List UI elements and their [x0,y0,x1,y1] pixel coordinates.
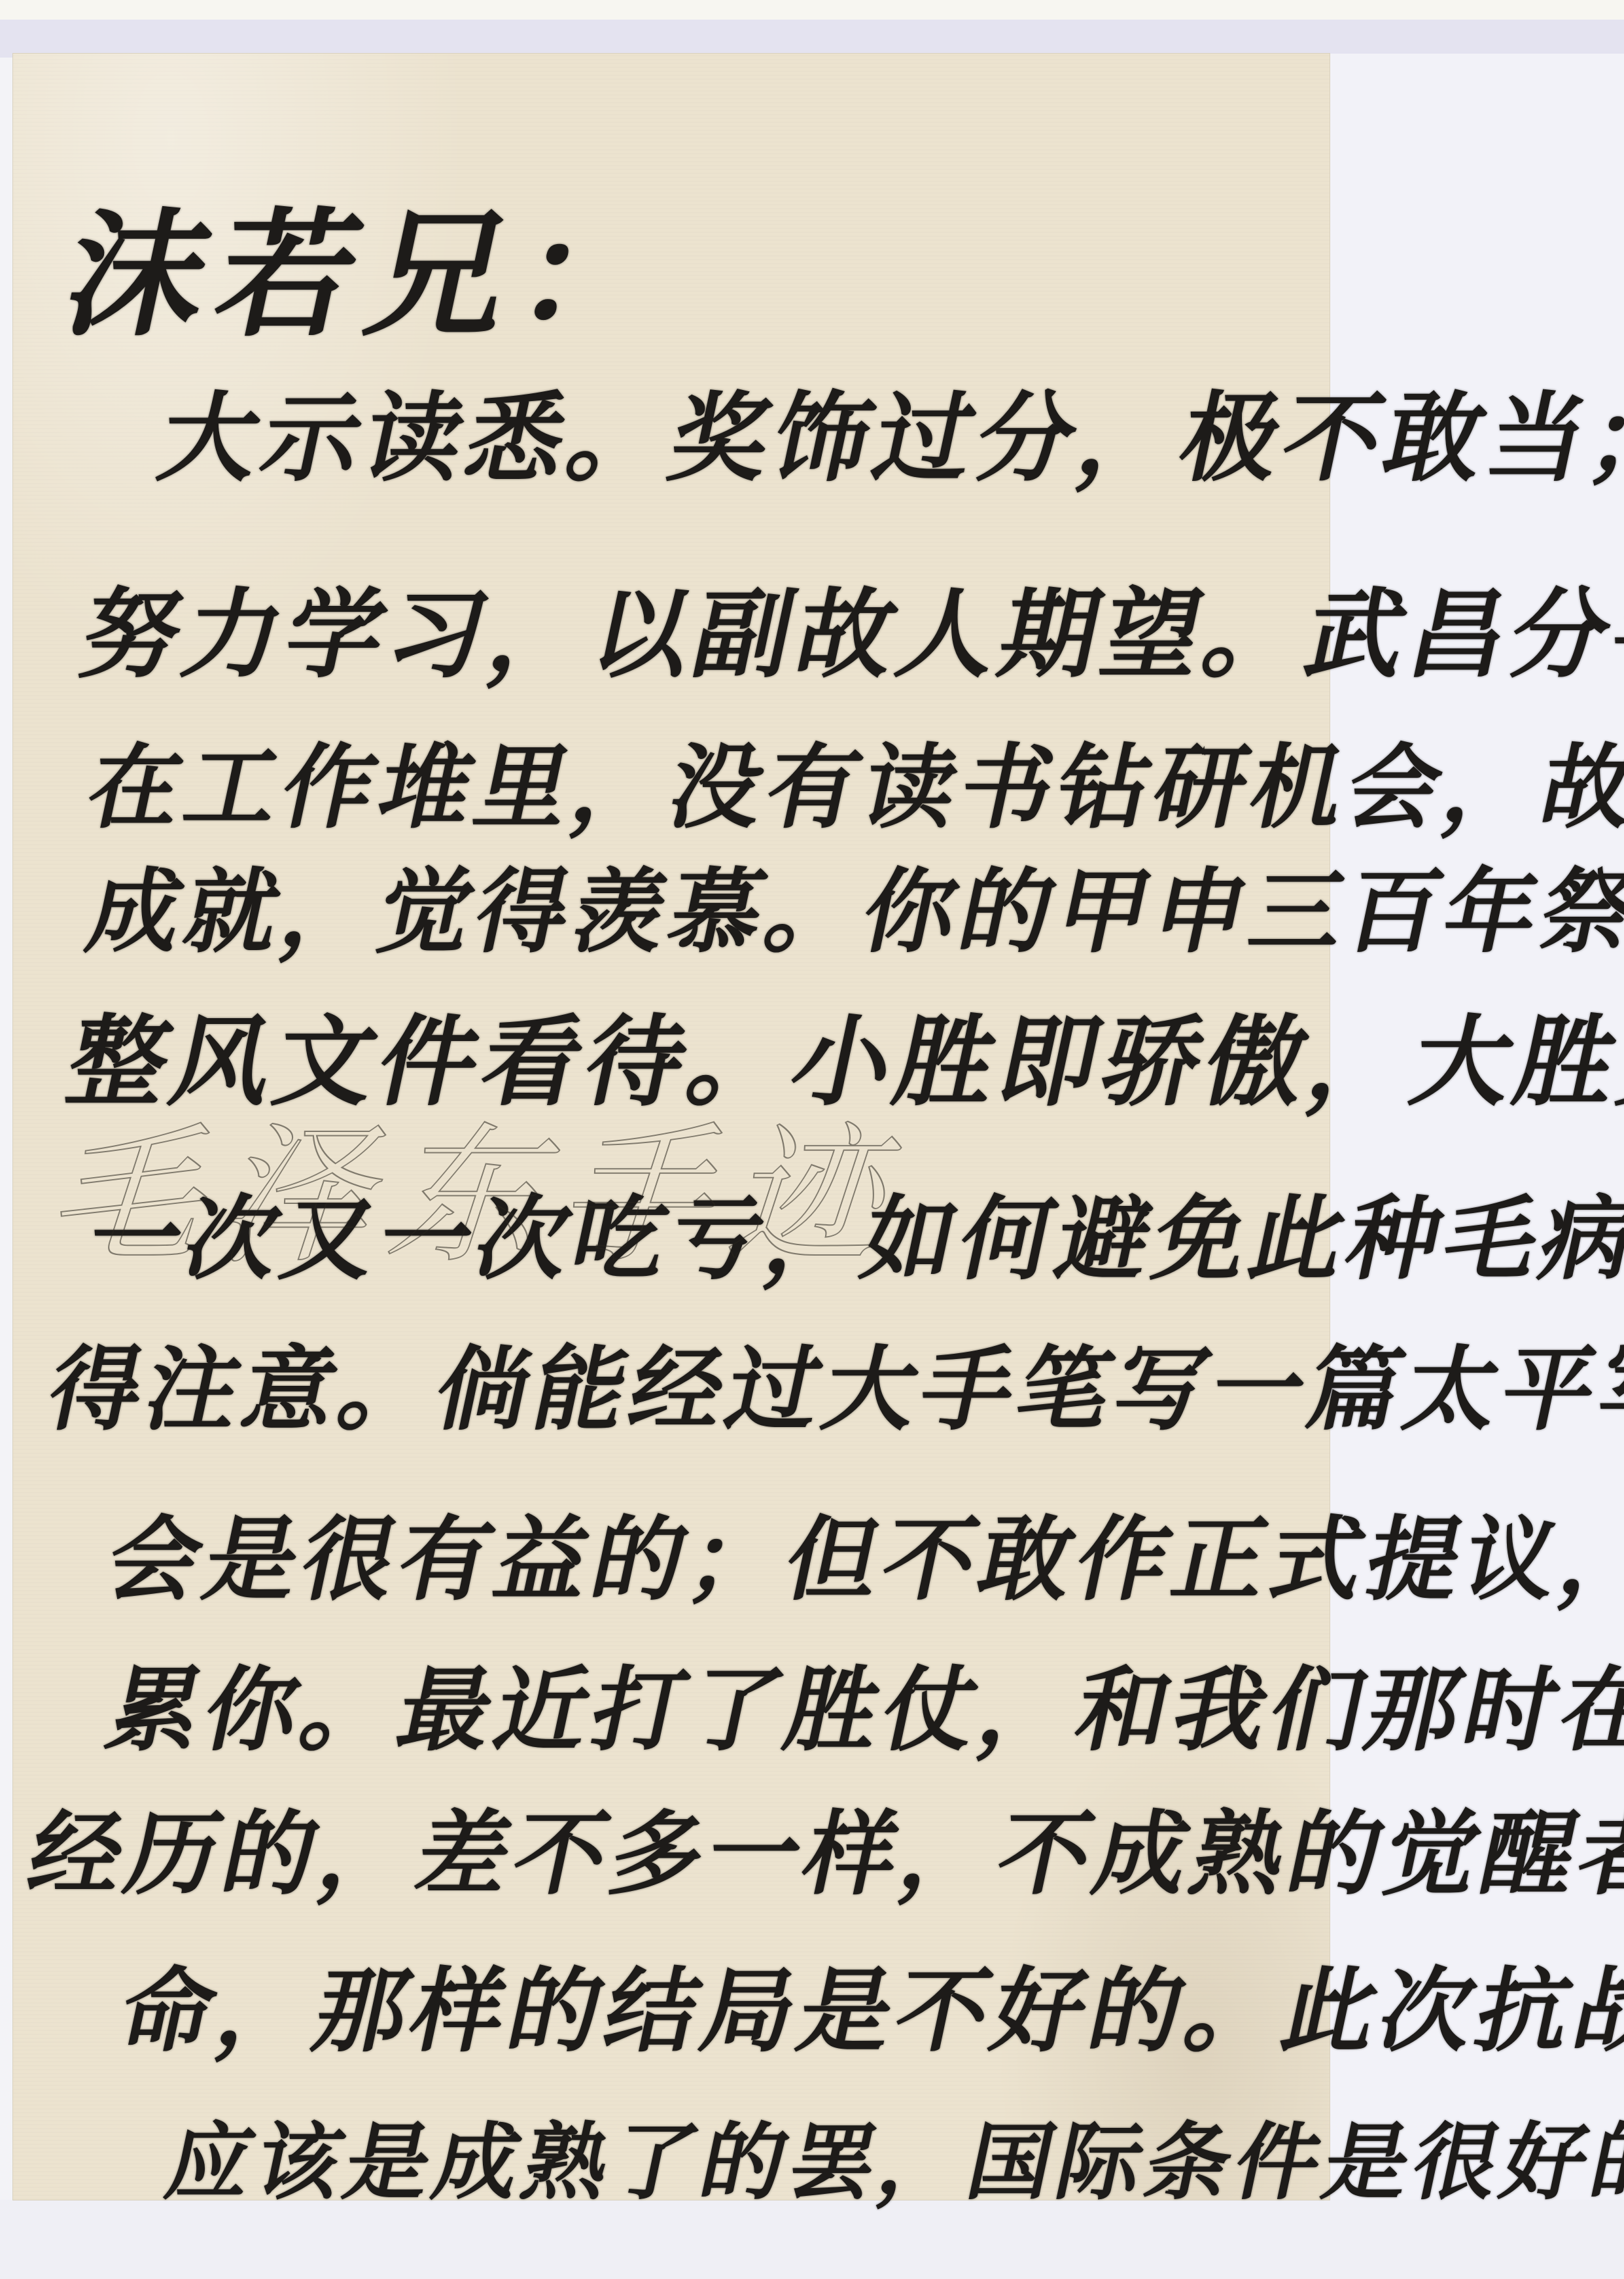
letter-line-12: 应该是成熟了的罢，国际条件是很好的，国内 [157,2095,1624,2216]
mounting-tape [0,20,1624,58]
letter-paper: 沫若兄： 大示读悉。奖饰过分，极不敢当；但当 努力学习，以副故人期望。武昌分手后… [13,54,1330,2200]
letter-line-3: 在工作堆里，没有读书钻研机会，故对于你的 [78,715,1624,846]
letter-line-7: 得注意。倘能经过大手笔写一篇太平军经验， [39,1316,1624,1448]
letter-line-10: 经历的，差不多一样，不成熟的觉醒者急于革 [19,1781,1624,1913]
letter-line-2: 努力学习，以副故人期望。武昌分手后，成天 [70,557,1624,696]
letter-line-4: 成就，觉得羡慕。你的甲申三百年祭，我们把它当作 [78,839,1624,970]
letter-line-8: 会是很有益的；但不敢作正式提议，恐怕太 [97,1487,1624,1618]
salutation: 沫若兄： [51,165,695,362]
letter-line-9: 累你。最近打了胜仗，和我们那时在汉口 [97,1637,1624,1769]
letter-line-1: 大示读悉。奖饰过分，极不敢当；但当 [149,361,1624,500]
scan-backing-top [0,0,1624,20]
outline-watermark: 毛泽东手迹 [30,1074,951,1291]
letter-line-11: 命，那样的结局是不好的。此次抗战 [111,1938,1624,2070]
